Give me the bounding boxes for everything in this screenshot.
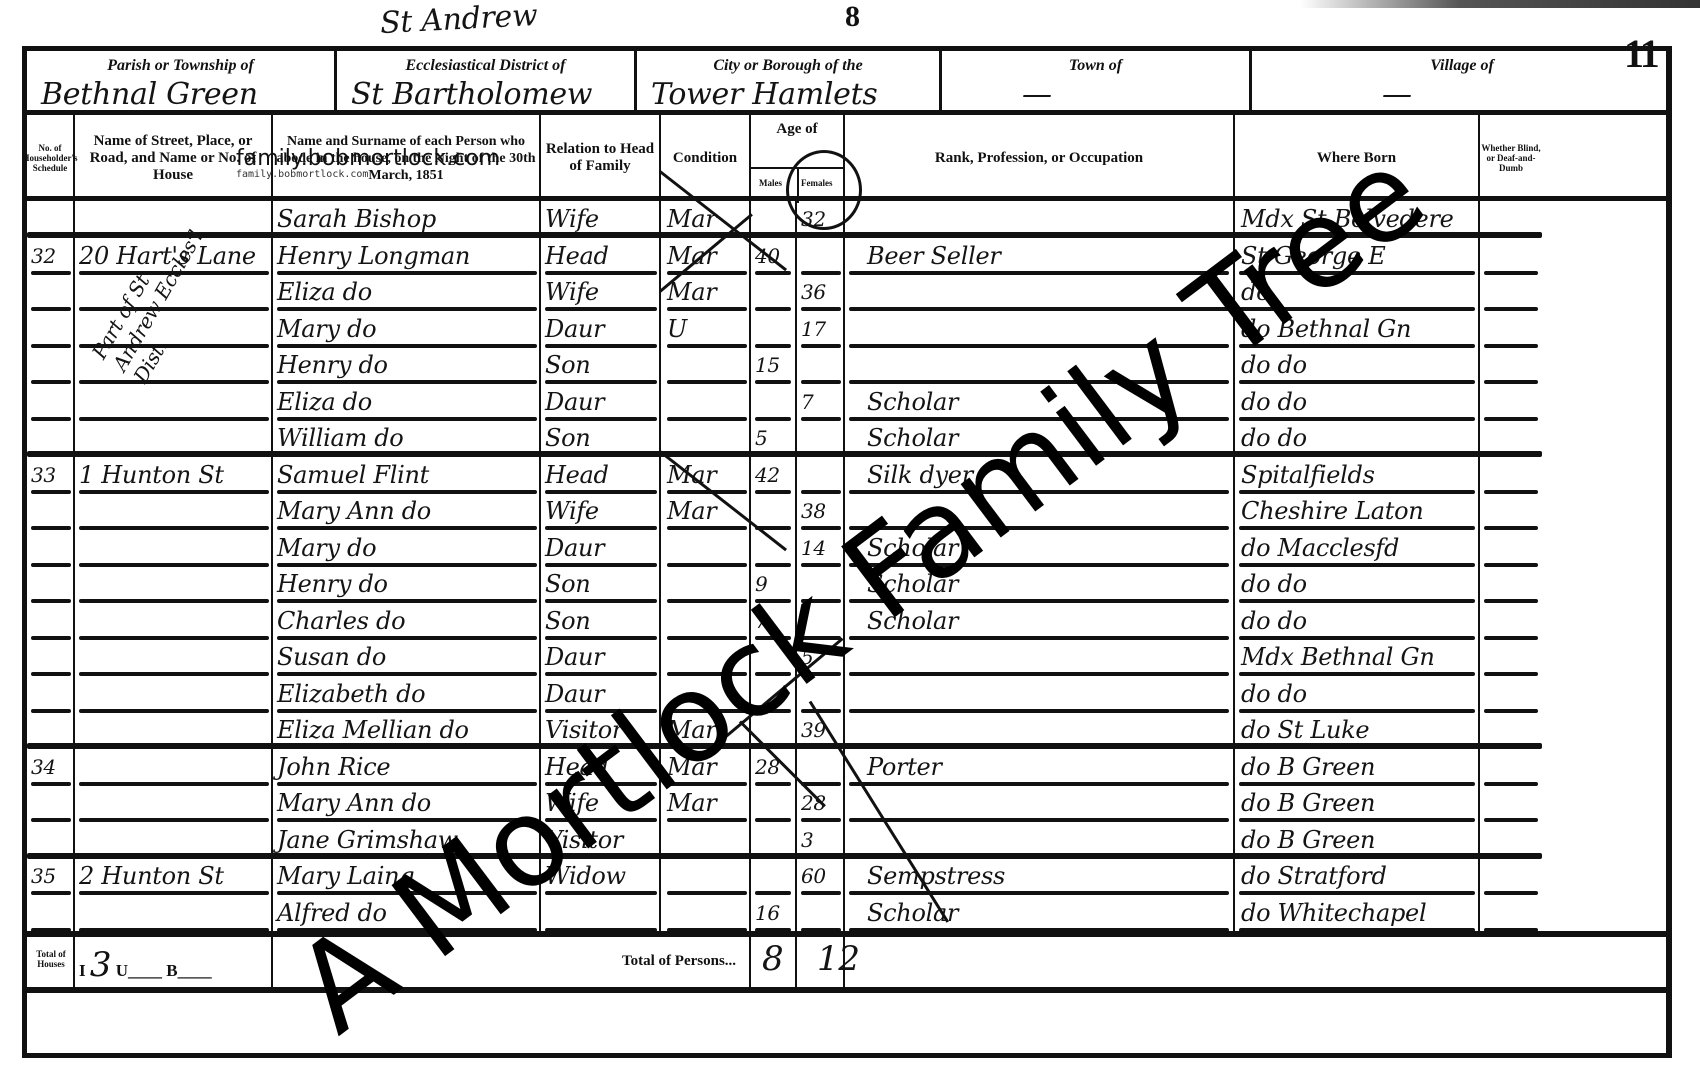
person-name: Jane Grimshaw [277,824,537,856]
street-address [79,824,269,856]
marital-condition [667,349,747,381]
table-row: Henry doSon9Scholardo do [27,566,1666,603]
schedule-number: 33 [31,459,71,491]
street-address [79,568,269,600]
age-male: 16 [755,897,793,929]
inhabited-prefix: I [79,961,86,980]
occupation [867,824,1227,856]
schedule-number [31,349,71,381]
relation-to-head: Daur [545,678,657,710]
table-row: Eliza doWifeMar36do [27,274,1666,311]
street-address [79,787,269,819]
relation-to-head: Son [545,422,657,454]
borough-value: Tower Hamlets [651,77,877,112]
birthplace: do Stratford [1241,860,1476,892]
divider [843,937,845,987]
table-row: Henry doSon15do do [27,347,1666,384]
schedule-number [31,313,71,345]
person-name: Eliza do [277,386,537,418]
relation-to-head: Son [545,605,657,637]
parish-field: Parish or Township of Bethnal Green [27,51,337,115]
relation-to-head: Head [545,459,657,491]
age-male [755,641,793,673]
person-name: William do [277,422,537,454]
marital-condition [667,568,747,600]
col-where-born-header: Where Born [1235,115,1480,201]
birthplace: do St Luke [1241,714,1476,746]
occupation: Beer Seller [867,240,1227,272]
birthplace: do B Green [1241,787,1476,819]
birthplace: do do [1241,678,1476,710]
occupation: Scholar [867,897,1227,929]
ecclesiastical-district-label: Ecclesiastical District of [337,57,634,75]
table-row: 34John RiceHeadMar28Porterdo B Green [27,749,1666,786]
village-field: Village of — [1252,51,1672,115]
street-address [79,714,269,746]
divider [795,937,797,987]
age-female [801,459,841,491]
person-name: Mary do [277,313,537,345]
occupation: Scholar [867,532,1227,564]
table-row: Mary Ann doWifeMar38Cheshire Laton [27,493,1666,530]
person-name: Mary Laing [277,860,537,892]
total-females: 12 [817,939,860,979]
street-address [79,422,269,454]
relation-to-head [545,897,657,929]
person-name: Sarah Bishop [277,203,537,235]
birthplace: Cheshire Laton [1241,495,1476,527]
schedule-number [31,568,71,600]
table-row: Charles doSon7Scholardo do [27,603,1666,640]
inhabited-count: 3 [90,945,112,985]
marital-condition: Mar [667,276,747,308]
table-row: Mary doDaur14Scholardo Macclesfd [27,530,1666,567]
parish-annotation: St Andrew [379,0,538,41]
schedule-number [31,422,71,454]
occupation [867,349,1227,381]
age-male [755,495,793,527]
col-schedule-header: No. of Householder's Schedule [27,115,75,201]
age-female [801,897,841,929]
occupation [867,641,1227,673]
age-male: 9 [755,568,793,600]
birthplace: do Bethnal Gn [1241,313,1476,345]
person-name: Eliza do [277,276,537,308]
divider [271,937,273,987]
birthplace: do do [1241,568,1476,600]
town-value: — [1022,77,1052,112]
street-address: 2 Hunton St [79,860,269,892]
age-male [755,787,793,819]
schedule-number [31,714,71,746]
schedule-number [31,495,71,527]
age-male: 7 [755,605,793,637]
age-female [801,568,841,600]
street-address [79,641,269,673]
relation-to-head: Wife [545,787,657,819]
schedule-number [31,605,71,637]
relation-to-head: Daur [545,532,657,564]
site-watermark: family.bobmortlock.com [236,146,500,171]
schedule-number [31,787,71,819]
occupation: Scholar [867,605,1227,637]
birthplace: do [1241,276,1476,308]
relation-to-head: Wife [545,276,657,308]
age-female [801,678,841,710]
age-female [801,751,841,783]
table-row: 3220 Hart's LaneHenry LongmanHeadMar40Be… [27,238,1666,275]
person-name: Alfred do [277,897,537,929]
occupation [867,203,1227,235]
occupation: Scholar [867,422,1227,454]
divider [73,937,75,987]
total-persons-label: Total of Persons... [622,953,736,970]
marital-condition [667,678,747,710]
marital-condition [667,641,747,673]
birthplace: Mdx Bethnal Gn [1241,641,1476,673]
occupation: Silk dyer [867,459,1227,491]
table-row: Susan doDaur5Mdx Bethnal Gn [27,639,1666,676]
col-relation-header: Relation to Head of Family [541,115,661,201]
age-female: 14 [801,532,841,564]
schedule-number: 35 [31,860,71,892]
occupation: Porter [867,751,1227,783]
marital-condition [667,824,747,856]
street-address [79,532,269,564]
age-female [801,605,841,637]
town-label: Town of [942,57,1249,75]
relation-to-head: Son [545,568,657,600]
relation-to-head: Wife [545,495,657,527]
age-male [755,532,793,564]
total-males: 8 [762,939,783,979]
page-number: 8 [845,0,860,34]
schedule-number [31,824,71,856]
schedule-number [31,532,71,564]
age-male: 5 [755,422,793,454]
relation-to-head: Widow [545,860,657,892]
person-name: John Rice [277,751,537,783]
person-name: Elizabeth do [277,678,537,710]
relation-to-head: Head [545,751,657,783]
occupation [867,276,1227,308]
age-male [755,860,793,892]
schedule-number [31,641,71,673]
borough-label: City or Borough of the [637,57,939,75]
marital-condition: Mar [667,240,747,272]
relation-to-head: Son [545,349,657,381]
relation-to-head: Visitor [545,824,657,856]
parish-label: Parish or Township of [27,57,334,75]
person-name: Charles do [277,605,537,637]
schedule-number [31,203,71,235]
marital-condition [667,860,747,892]
age-female: 36 [801,276,841,308]
village-value: — [1382,77,1412,112]
marital-condition [667,532,747,564]
birthplace: do do [1241,605,1476,637]
marital-condition [667,422,747,454]
table-row: 331 Hunton StSamuel FlintHeadMar42Silk d… [27,457,1666,494]
person-name: Henry do [277,349,537,381]
census-entries: Sarah BishopWifeMar32Mdx St Belvedere322… [27,201,1666,931]
street-address [79,386,269,418]
age-males-label: Males [759,175,782,192]
age-male [755,313,793,345]
schedule-number [31,386,71,418]
schedule-number [31,897,71,929]
person-name: Susan do [277,641,537,673]
marital-condition [667,386,747,418]
village-label: Village of [1252,57,1672,75]
col-condition-header: Condition [661,115,751,201]
birthplace: do Whitechapel [1241,897,1476,929]
street-address [79,495,269,527]
occupation [867,495,1227,527]
borough-field: City or Borough of the Tower Hamlets [637,51,942,115]
birthplace: do do [1241,386,1476,418]
parish-value: Bethnal Green [41,77,258,112]
bottom-rule [27,987,1666,993]
birthplace: St George E [1241,240,1476,272]
relation-to-head: Visitor [545,714,657,746]
birthplace: Mdx St Belvedere [1241,203,1476,235]
table-row: Eliza Mellian doVisitorMar39do St Luke [27,712,1666,749]
table-row: Mary Ann doWifeMar28do B Green [27,785,1666,822]
marital-condition: Mar [667,751,747,783]
occupation [867,714,1227,746]
age-male: 15 [755,349,793,381]
street-address [79,605,269,637]
table-row: Elizabeth doDaurdo do [27,676,1666,713]
age-male [755,276,793,308]
age-male [755,386,793,418]
table-row: Alfred do16Scholardo Whitechapel [27,895,1666,932]
circle-mark [786,150,862,230]
occupation [867,787,1227,819]
ecclesiastical-district-value: St Bartholomew [351,77,592,112]
relation-to-head: Wife [545,203,657,235]
age-male: 42 [755,459,793,491]
birthplace: do B Green [1241,824,1476,856]
person-name: Henry Longman [277,240,537,272]
age-female: 38 [801,495,841,527]
person-name: Samuel Flint [277,459,537,491]
ecclesiastical-district-field: Ecclesiastical District of St Bartholome… [337,51,637,115]
table-row: 352 Hunton StMary LaingWidow60Sempstress… [27,858,1666,895]
birthplace: do Macclesfd [1241,532,1476,564]
relation-to-head: Daur [545,313,657,345]
schedule-number [31,678,71,710]
marital-condition: Mar [667,787,747,819]
relation-to-head: Daur [545,641,657,673]
age-female: 17 [801,313,841,345]
occupation: Scholar [867,568,1227,600]
occupation [867,313,1227,345]
age-female: 3 [801,824,841,856]
birthplace: do B Green [1241,751,1476,783]
col-occupation-header: Rank, Profession, or Occupation [845,115,1235,201]
person-name: Eliza Mellian do [277,714,537,746]
age-female [801,422,841,454]
street-address [79,751,269,783]
person-name: Mary Ann do [277,495,537,527]
age-male: 40 [755,240,793,272]
age-female [801,349,841,381]
building-prefix: B [166,961,177,980]
age-female: 60 [801,860,841,892]
birthplace: Spitalfields [1241,459,1476,491]
street-address: 1 Hunton St [79,459,269,491]
occupation: Scholar [867,386,1227,418]
age-label: Age of [751,121,843,138]
relation-to-head: Daur [545,386,657,418]
scan-edge-shadow [1300,0,1700,8]
total-houses-label: Total of Houses [31,949,71,969]
totals-row: Total of Houses I 3 U____ B____ Total of… [27,931,1666,1053]
site-watermark-small: family.bobmortlock.com [236,169,368,180]
marital-condition: U [667,313,747,345]
age-female: 7 [801,386,841,418]
table-row: William doSon5Scholardo do [27,420,1666,457]
marital-condition [667,605,747,637]
person-name: Mary Ann do [277,787,537,819]
birthplace: do do [1241,349,1476,381]
age-female [801,240,841,272]
houses-counts: I 3 U____ B____ [79,945,212,985]
age-male [755,824,793,856]
relation-to-head: Head [545,240,657,272]
marital-condition [667,897,747,929]
table-row: Eliza doDaur7Scholardo do [27,384,1666,421]
schedule-number: 34 [31,751,71,783]
table-row: Jane GrimshawVisitor3do B Green [27,822,1666,859]
location-header: Parish or Township of Bethnal Green Eccl… [27,51,1666,115]
age-male [755,203,793,235]
schedule-number [31,276,71,308]
col-blind-header: Whether Blind, or Deaf-and-Dumb [1480,115,1542,201]
uninhabited-prefix: U [116,961,128,980]
occupation [867,678,1227,710]
divider [749,937,751,987]
street-address [79,897,269,929]
schedule-number: 32 [31,240,71,272]
table-row: Mary doDaurU17do Bethnal Gn [27,311,1666,348]
street-address [79,678,269,710]
person-name: Mary do [277,532,537,564]
town-field: Town of — [942,51,1252,115]
person-name: Henry do [277,568,537,600]
birthplace: do do [1241,422,1476,454]
